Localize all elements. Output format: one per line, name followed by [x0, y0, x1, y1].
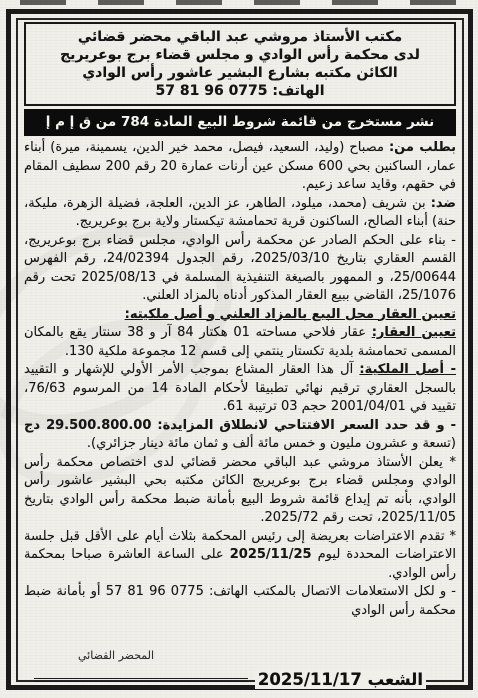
header-address-line: الكائن مكتبه بشارع البشير عاشور رأس الوا… — [28, 64, 452, 82]
paragraph-property-designation: تعيين العقار: عقار فلاحي مساحته 01 هكتار… — [24, 324, 456, 361]
section-heading-property: تعيين العقار محل البيع بالمزاد العلني و … — [24, 306, 456, 325]
newspaper-footer: الشعب 2025/11/17 — [34, 670, 426, 689]
designation-label: تعيين العقار: — [372, 325, 456, 340]
bailiff-header-box: مكتب الأستاذ مروشي عبد الباقي محضر قضائي… — [24, 22, 456, 106]
defendant-label: ضد: — [431, 196, 456, 211]
price-suffix: (تسعة و عشرون مليون و خمس مائة ألف و ثما… — [87, 436, 456, 451]
header-office-line: مكتب الأستاذ مروشي عبد الباقي محضر قضائي — [28, 28, 452, 46]
paragraph-deposit-announcement: * يعلن الأستاذ مروشي عبد الباقي محضر قضا… — [24, 454, 456, 528]
property-section-heading: تعيين العقار محل البيع بالمزاد العلني و … — [125, 307, 456, 322]
footer-newspaper-name: الشعب — [368, 670, 423, 689]
objections-date: 2025/11/25 — [230, 547, 312, 562]
notice-content: مكتب الأستاذ مروشي عبد الباقي محضر قضائي… — [22, 22, 458, 678]
scanned-legal-notice: مكتب الأستاذ مروشي عبد الباقي محضر قضائي… — [0, 0, 478, 698]
header-court-line: لدى محكمة رأس الوادي و مجلس قضاء برج بوع… — [28, 46, 452, 64]
price-value: 29.500.800.00 دج — [24, 418, 151, 433]
price-prefix: - و قد حدد السعر الافتتاحي لانطلاق المزا… — [151, 418, 456, 433]
paragraph-opening-price: - و قد حدد السعر الافتتاحي لانطلاق المزا… — [24, 417, 456, 454]
header-phone-line: الهاتف: 0775 96 81 57 — [28, 82, 452, 100]
footer-newspaper-and-date: الشعب 2025/11/17 — [255, 670, 426, 689]
bailiff-signature-label: المحضر القضائي — [78, 649, 154, 662]
footer-separator-rule — [34, 678, 248, 682]
paragraph-contact: - و لكل الاستعلامات الاتصال بالمكتب الها… — [24, 583, 456, 620]
paragraph-ownership-origin: - أصل الملكية: آل هذا العقار المشاع بموج… — [24, 361, 456, 417]
notice-title-banner: نشر مستخرج من قائمة شروط البيع المادة 78… — [24, 109, 456, 136]
footer-publication-date: 2025/11/17 — [258, 670, 362, 689]
paragraph-plaintiff: بطلب من: مصباح (وليد، السعيد، فيصل، محمد… — [24, 139, 456, 195]
defendant-text: بن شريف (محمد، ميلود، الطاهر، عز الدين، … — [24, 196, 456, 230]
ownership-label: - أصل الملكية: — [359, 362, 456, 377]
notice-body: بطلب من: مصباح (وليد، السعيد، فيصل، محمد… — [24, 139, 456, 620]
paragraph-defendant: ضد: بن شريف (محمد، ميلود، الطاهر، عز الد… — [24, 195, 456, 232]
paragraph-objections: * تقدم الاعتراضات بعريضة إلى رئيس المحكم… — [24, 528, 456, 584]
scan-edge-artifact — [20, 0, 470, 5]
paragraph-judgment: - بناء على الحكم الصادر عن محكمة رأس الو… — [24, 232, 456, 306]
plaintiff-label: بطلب من: — [389, 140, 456, 155]
